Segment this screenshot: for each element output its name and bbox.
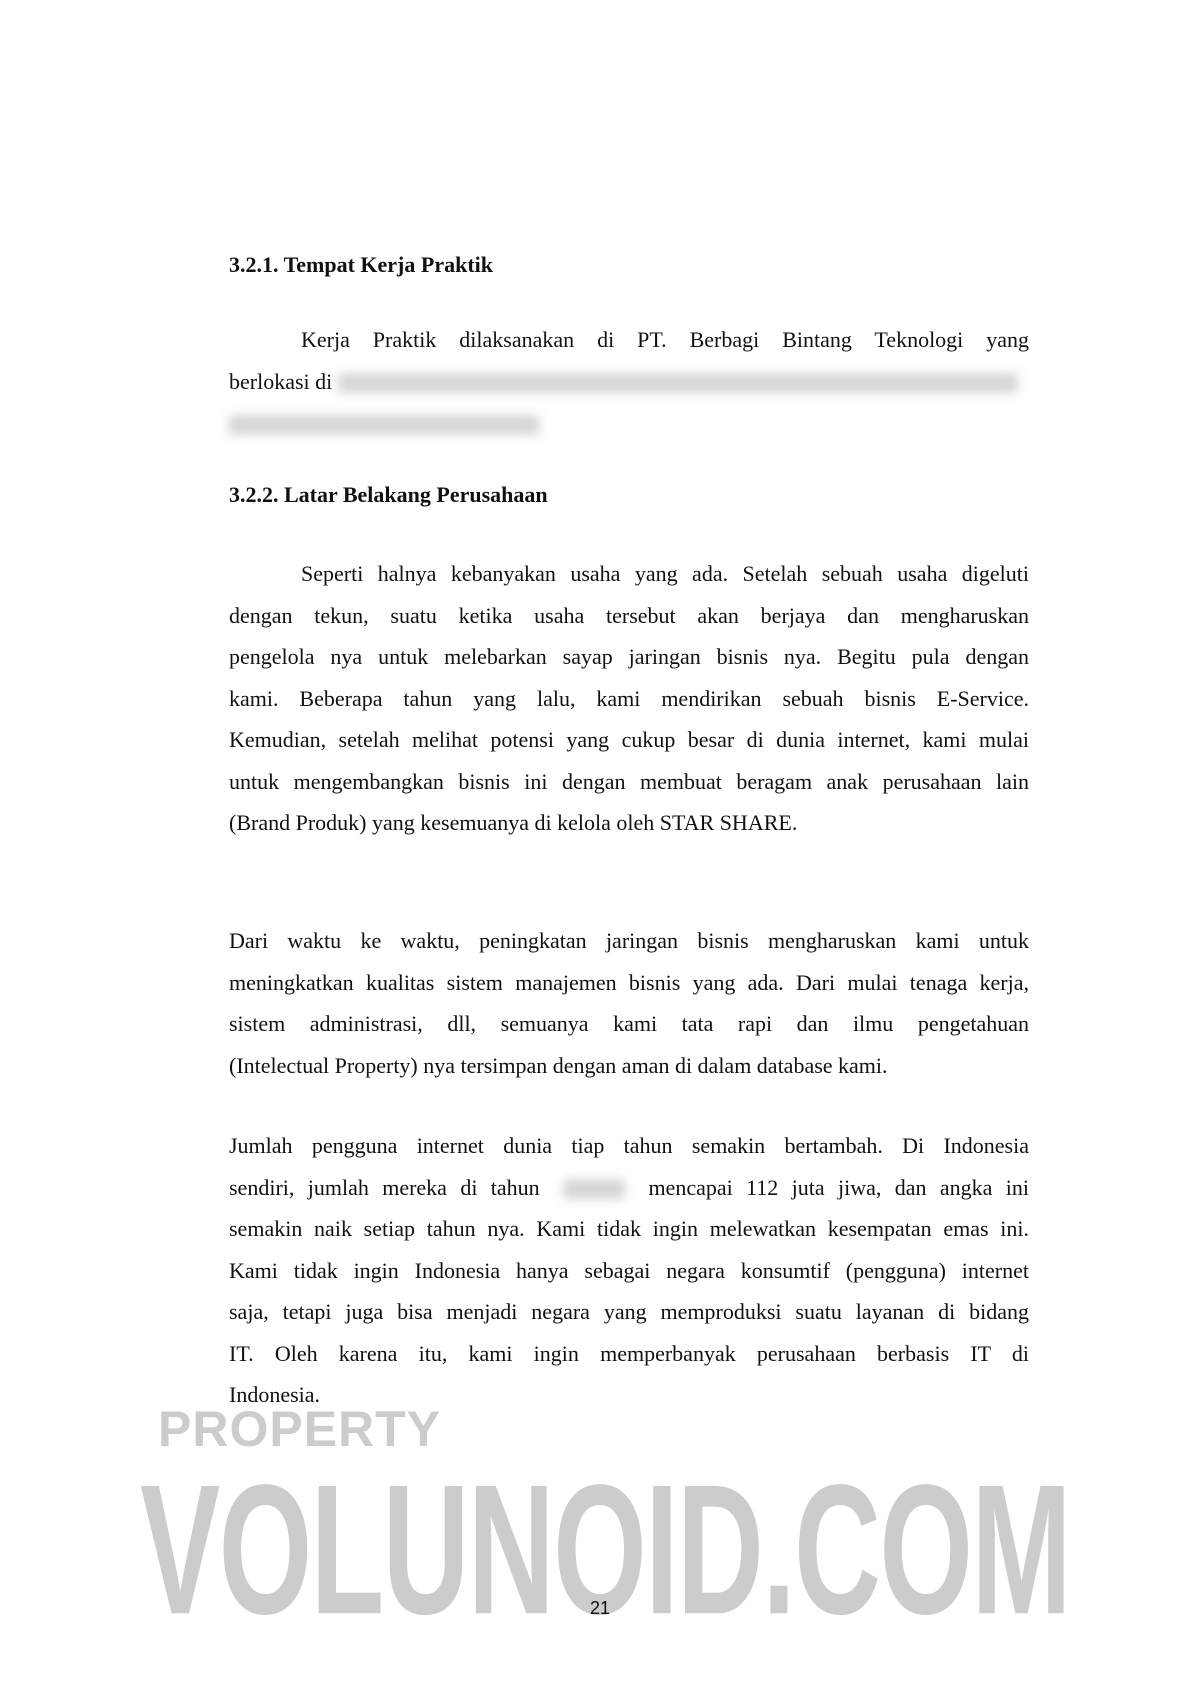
text-line: kami. Beberapa tahun yang lalu, kami men…	[229, 678, 1029, 720]
text-line: saja, tetapi juga bisa menjadi negara ya…	[229, 1291, 1029, 1333]
text-line: Seperti halnya kebanyakan usaha yang ada…	[229, 553, 1029, 595]
paragraph-tempat-kerja: Kerja Praktik dilaksanakan di PT. Berbag…	[229, 319, 1029, 444]
text-fragment: mencapai 112 juta jiwa, dan angka ini	[648, 1175, 1029, 1200]
paragraph-latar-belakang-3: Jumlah pengguna internet dunia tiap tahu…	[229, 1125, 1029, 1416]
text-line: meningkatkan kualitas sistem manajemen b…	[229, 962, 1029, 1004]
text-fragment: sendiri, jumlah mereka di tahun	[229, 1175, 540, 1200]
redacted-year	[563, 1179, 625, 1199]
paragraph-latar-belakang-2: Dari waktu ke waktu, peningkatan jaringa…	[229, 920, 1029, 1086]
section-heading-tempat-kerja: 3.2.1. Tempat Kerja Praktik	[229, 251, 493, 279]
text-line: (Intelectual Property) nya tersimpan den…	[229, 1045, 1029, 1087]
section-heading-latar-belakang: 3.2.2. Latar Belakang Perusahaan	[229, 481, 548, 509]
text-line: pengelola nya untuk melebarkan sayap jar…	[229, 636, 1029, 678]
text-line: Kemudian, setelah melihat potensi yang c…	[229, 719, 1029, 761]
text-fragment: berlokasi di	[229, 369, 332, 394]
redacted-address	[338, 373, 1018, 393]
text-line: dengan tekun, suatu ketika usaha tersebu…	[229, 595, 1029, 637]
text-line	[229, 402, 1029, 444]
text-line: Kerja Praktik dilaksanakan di PT. Berbag…	[229, 319, 1029, 361]
text-line: Dari waktu ke waktu, peningkatan jaringa…	[229, 920, 1029, 962]
text-line: Kami tidak ingin Indonesia hanya sebagai…	[229, 1250, 1029, 1292]
text-line: berlokasi di	[229, 361, 1029, 403]
text-line: Jumlah pengguna internet dunia tiap tahu…	[229, 1125, 1029, 1167]
redacted-address-continued	[229, 415, 539, 435]
text-line: semakin naik setiap tahun nya. Kami tida…	[229, 1208, 1029, 1250]
text-line: untuk mengembangkan bisnis ini dengan me…	[229, 761, 1029, 803]
text-line: sistem administrasi, dll, semuanya kami …	[229, 1003, 1029, 1045]
text-line: sendiri, jumlah mereka di tahun mencapai…	[229, 1167, 1029, 1209]
document-page: 3.2.1. Tempat Kerja Praktik Kerja Prakti…	[0, 0, 1200, 1698]
page-number: 21	[0, 1598, 1200, 1619]
paragraph-latar-belakang-1: Seperti halnya kebanyakan usaha yang ada…	[229, 553, 1029, 844]
text-line: IT. Oleh karena itu, kami ingin memperba…	[229, 1333, 1029, 1375]
text-line: (Brand Produk) yang kesemuanya di kelola…	[229, 802, 1029, 844]
